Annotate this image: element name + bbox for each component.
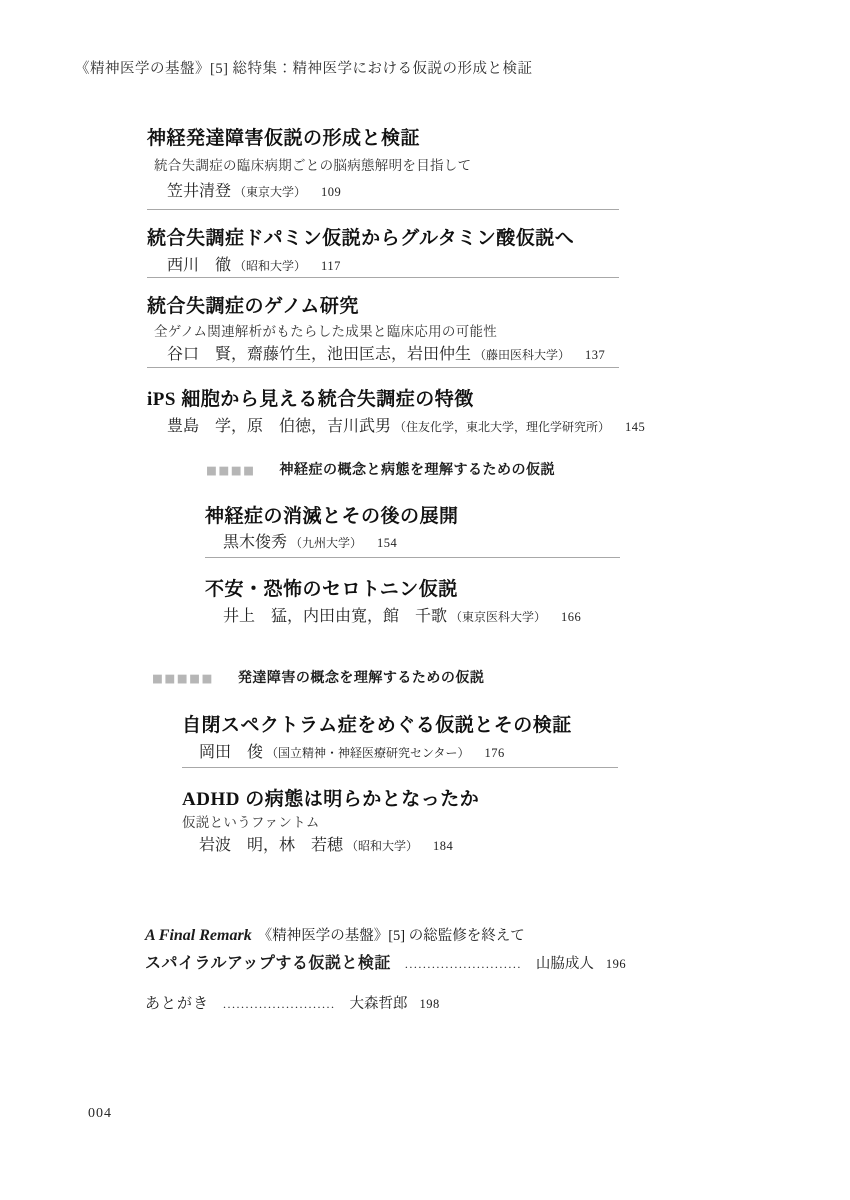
- article-page-number: 176: [485, 746, 505, 760]
- final-article-title: スパイラルアップする仮説と検証: [145, 955, 391, 972]
- author-names: 豊島 学，原 伯徳，吉川武男: [167, 418, 391, 435]
- toc-document-page: 《精神医学の基盤》[5] 総特集：精神医学における仮説の形成と検証 神経発達障害…: [0, 0, 850, 1200]
- article-title: 神経症の消滅とその後の展開: [205, 501, 459, 528]
- article-page-number: 184: [433, 839, 453, 853]
- article-title: ADHD の病態は明らかとなったか: [182, 784, 479, 811]
- leader-dots: ..........................: [405, 957, 522, 971]
- article-page-number: 166: [561, 610, 581, 624]
- final-article-author: 山脇成人: [536, 956, 594, 972]
- author-names: 谷口 賢，齋藤竹生，池田匡志，岩田仲生: [167, 346, 471, 363]
- final-article-page-number: 196: [606, 957, 626, 971]
- section-label: 神経症の概念と病態を理解するための仮説: [279, 461, 555, 477]
- article-title: 自閉スペクトラム症をめぐる仮説とその検証: [182, 710, 572, 737]
- author-affiliation: （藤田医科大学）: [474, 348, 570, 362]
- afterword-page-number: 198: [420, 997, 440, 1011]
- article-subtitle: 全ゲノム関連解析がもたらした成果と臨床応用の可能性: [154, 320, 497, 340]
- section-header: ■■■■神経症の概念と病態を理解するための仮説: [206, 459, 555, 479]
- author-affiliation: （住友化学，東北大学，理化学研究所）: [394, 420, 610, 434]
- article-title: 統合失調症ドパミン仮説からグルタミン酸仮説へ: [147, 223, 574, 250]
- article-byline: 黒木俊秀（九州大学）154: [223, 529, 397, 552]
- article-byline: 岩波 明，林 若穂（昭和大学）184: [199, 832, 453, 855]
- author-affiliation: （東京大学）: [234, 185, 306, 199]
- article-byline: 笠井清登（東京大学）109: [167, 178, 341, 201]
- author-names: 岩波 明，林 若穂: [199, 837, 343, 854]
- final-remark-line: A Final Remark《精神医学の基盤》[5] の総監修を終えて: [145, 924, 525, 945]
- leader-dots: .........................: [223, 997, 336, 1011]
- author-names: 黒木俊秀: [223, 534, 287, 551]
- final-article-line: スパイラルアップする仮説と検証.........................…: [145, 950, 626, 973]
- article-page-number: 137: [585, 348, 605, 362]
- article-title: 統合失調症のゲノム研究: [147, 291, 359, 318]
- article-byline: 井上 猛，内田由寛，館 千歌（東京医科大学）166: [223, 603, 581, 626]
- article-page-number: 145: [625, 420, 645, 434]
- divider: [205, 557, 620, 558]
- article-title: iPS 細胞から見える統合失調症の特徴: [147, 384, 474, 411]
- author-names: 岡田 俊: [199, 744, 263, 761]
- section-header: ■■■■■発達障害の概念を理解するための仮説: [152, 667, 484, 687]
- divider: [147, 277, 619, 278]
- author-affiliation: （九州大学）: [290, 536, 362, 550]
- author-names: 西川 徹: [167, 257, 231, 274]
- author-names: 井上 猛，内田由寛，館 千歌: [223, 608, 447, 625]
- afterword-author: 大森哲郎: [350, 996, 408, 1012]
- article-title: 神経発達障害仮説の形成と検証: [147, 123, 420, 150]
- section-label: 発達障害の概念を理解するための仮説: [238, 669, 485, 685]
- running-header: 《精神医学の基盤》[5] 総特集：精神医学における仮説の形成と検証: [75, 57, 533, 78]
- afterword-line: あとがき.........................大森哲郎198: [145, 992, 440, 1013]
- author-affiliation: （昭和大学）: [234, 259, 306, 273]
- author-affiliation: （東京医科大学）: [450, 610, 546, 624]
- section-squares-icon: ■■■■: [206, 463, 255, 477]
- article-byline: 豊島 学，原 伯徳，吉川武男（住友化学，東北大学，理化学研究所）145: [167, 413, 645, 436]
- afterword-label: あとがき: [145, 996, 209, 1012]
- article-page-number: 154: [377, 536, 397, 550]
- divider: [182, 767, 618, 768]
- article-page-number: 117: [321, 259, 341, 273]
- article-title: 不安・恐怖のセロトニン仮説: [205, 574, 458, 601]
- author-affiliation: （国立精神・神経医療研究センター）: [266, 746, 470, 760]
- final-remark-label: A Final Remark: [145, 927, 252, 944]
- final-remark-text: 《精神医学の基盤》[5] の総監修を終えて: [258, 928, 525, 944]
- article-subtitle: 仮説というファントム: [182, 811, 320, 831]
- article-subtitle: 統合失調症の臨床病期ごとの脳病態解明を目指して: [154, 154, 471, 174]
- author-names: 笠井清登: [167, 183, 231, 200]
- divider: [147, 209, 619, 210]
- author-affiliation: （昭和大学）: [346, 839, 418, 853]
- article-page-number: 109: [321, 185, 341, 199]
- article-byline: 谷口 賢，齋藤竹生，池田匡志，岩田仲生（藤田医科大学）137: [167, 341, 605, 364]
- article-byline: 岡田 俊（国立精神・神経医療研究センター）176: [199, 739, 505, 762]
- section-squares-icon: ■■■■■: [152, 671, 214, 685]
- divider: [147, 367, 619, 368]
- article-byline: 西川 徹（昭和大学）117: [167, 252, 341, 275]
- folio-page-number: 004: [88, 1106, 112, 1122]
